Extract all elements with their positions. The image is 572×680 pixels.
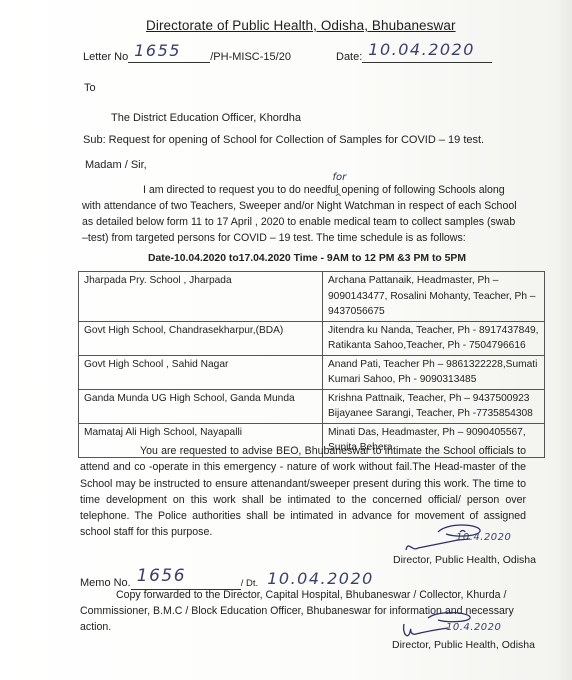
document-title: Directorate of Public Health, Odisha, Bh…	[146, 18, 456, 33]
salutation: Madam / Sir,	[85, 159, 147, 171]
signature-1-date: 10.4.2020	[456, 532, 511, 543]
memo-date: 10.04.2020	[267, 569, 374, 588]
date-field: 10.04.2020	[362, 48, 492, 63]
table-row: Govt High School , Sahid NagarAnand Pati…	[79, 355, 545, 389]
recipient: The District Education Officer, Khordha	[111, 112, 301, 124]
school-name-cell: Jharpada Pry. School , Jharpada	[79, 272, 323, 322]
contacts-cell: Krishna Pattnaik, Teacher, Ph – 94375009…	[323, 389, 545, 423]
to-label: To	[84, 82, 96, 94]
subject-line: Sub: Request for opening of School for C…	[83, 134, 484, 146]
letter-no-value: 1655	[134, 41, 181, 60]
letter-no-field: 1655	[128, 48, 210, 63]
body-line-1-start: I am directed to request you to do needf…	[143, 184, 339, 196]
date-row: Date:10.04.2020	[336, 48, 492, 63]
letter-no-label: Letter No	[83, 51, 128, 63]
letter-number-row: Letter No1655/PH-MISC-15/20	[83, 48, 291, 63]
table-row: Jharpada Pry. School , JharpadaArchana P…	[79, 272, 545, 322]
body-line-1-end: opening of following Schools along	[341, 184, 504, 196]
school-name-cell: Govt High School , Sahid Nagar	[79, 355, 323, 389]
school-name-cell: Govt High School, Chandrasekharpur,(BDA)	[79, 321, 323, 355]
copy-line-3: action.	[80, 619, 111, 636]
insertion-text: for	[333, 170, 347, 187]
letter-page: Directorate of Public Health, Odisha, Bh…	[0, 0, 572, 680]
date-label: Date:	[336, 51, 362, 63]
school-name-cell: Ganda Munda UG High School, Ganda Munda	[79, 389, 323, 423]
memo-number: 1656	[137, 566, 186, 586]
contacts-cell: Anand Pati, Teacher Ph – 9861322228,Suma…	[323, 355, 545, 389]
signature-1-designation: Director, Public Health, Odisha	[393, 554, 536, 566]
date-value: 10.04.2020	[368, 40, 475, 59]
schedule-heading: Date-10.04.2020 to17.04.2020 Time - 9AM …	[148, 253, 466, 264]
letter-reference: /PH-MISC-15/20	[210, 51, 291, 63]
signature-2-designation: Director, Public Health, Odisha	[392, 639, 535, 651]
schools-table: Jharpada Pry. School , JharpadaArchana P…	[78, 271, 545, 458]
body-line-4: –test) from targeted persons for COVID –…	[82, 230, 466, 247]
signature-2-date: 10.4.2020	[446, 622, 501, 633]
body-line-3: as detailed below form 11 to 17 April , …	[82, 214, 515, 231]
table-row: Ganda Munda UG High School, Ganda MundaK…	[79, 389, 545, 423]
contacts-cell: Archana Pattanaik, Headmaster, Ph – 9090…	[323, 272, 545, 322]
table-row: Govt High School, Chandrasekharpur,(BDA)…	[79, 321, 545, 355]
body-line-2: with attendance of two Teachers, Sweeper…	[82, 198, 517, 215]
contacts-cell: Jitendra ku Nanda, Teacher, Ph - 8917437…	[323, 321, 545, 355]
copy-line-1: Copy forwarded to the Director, Capital …	[116, 587, 506, 604]
body-line-1: I am directed to request you to do needf…	[143, 182, 505, 199]
